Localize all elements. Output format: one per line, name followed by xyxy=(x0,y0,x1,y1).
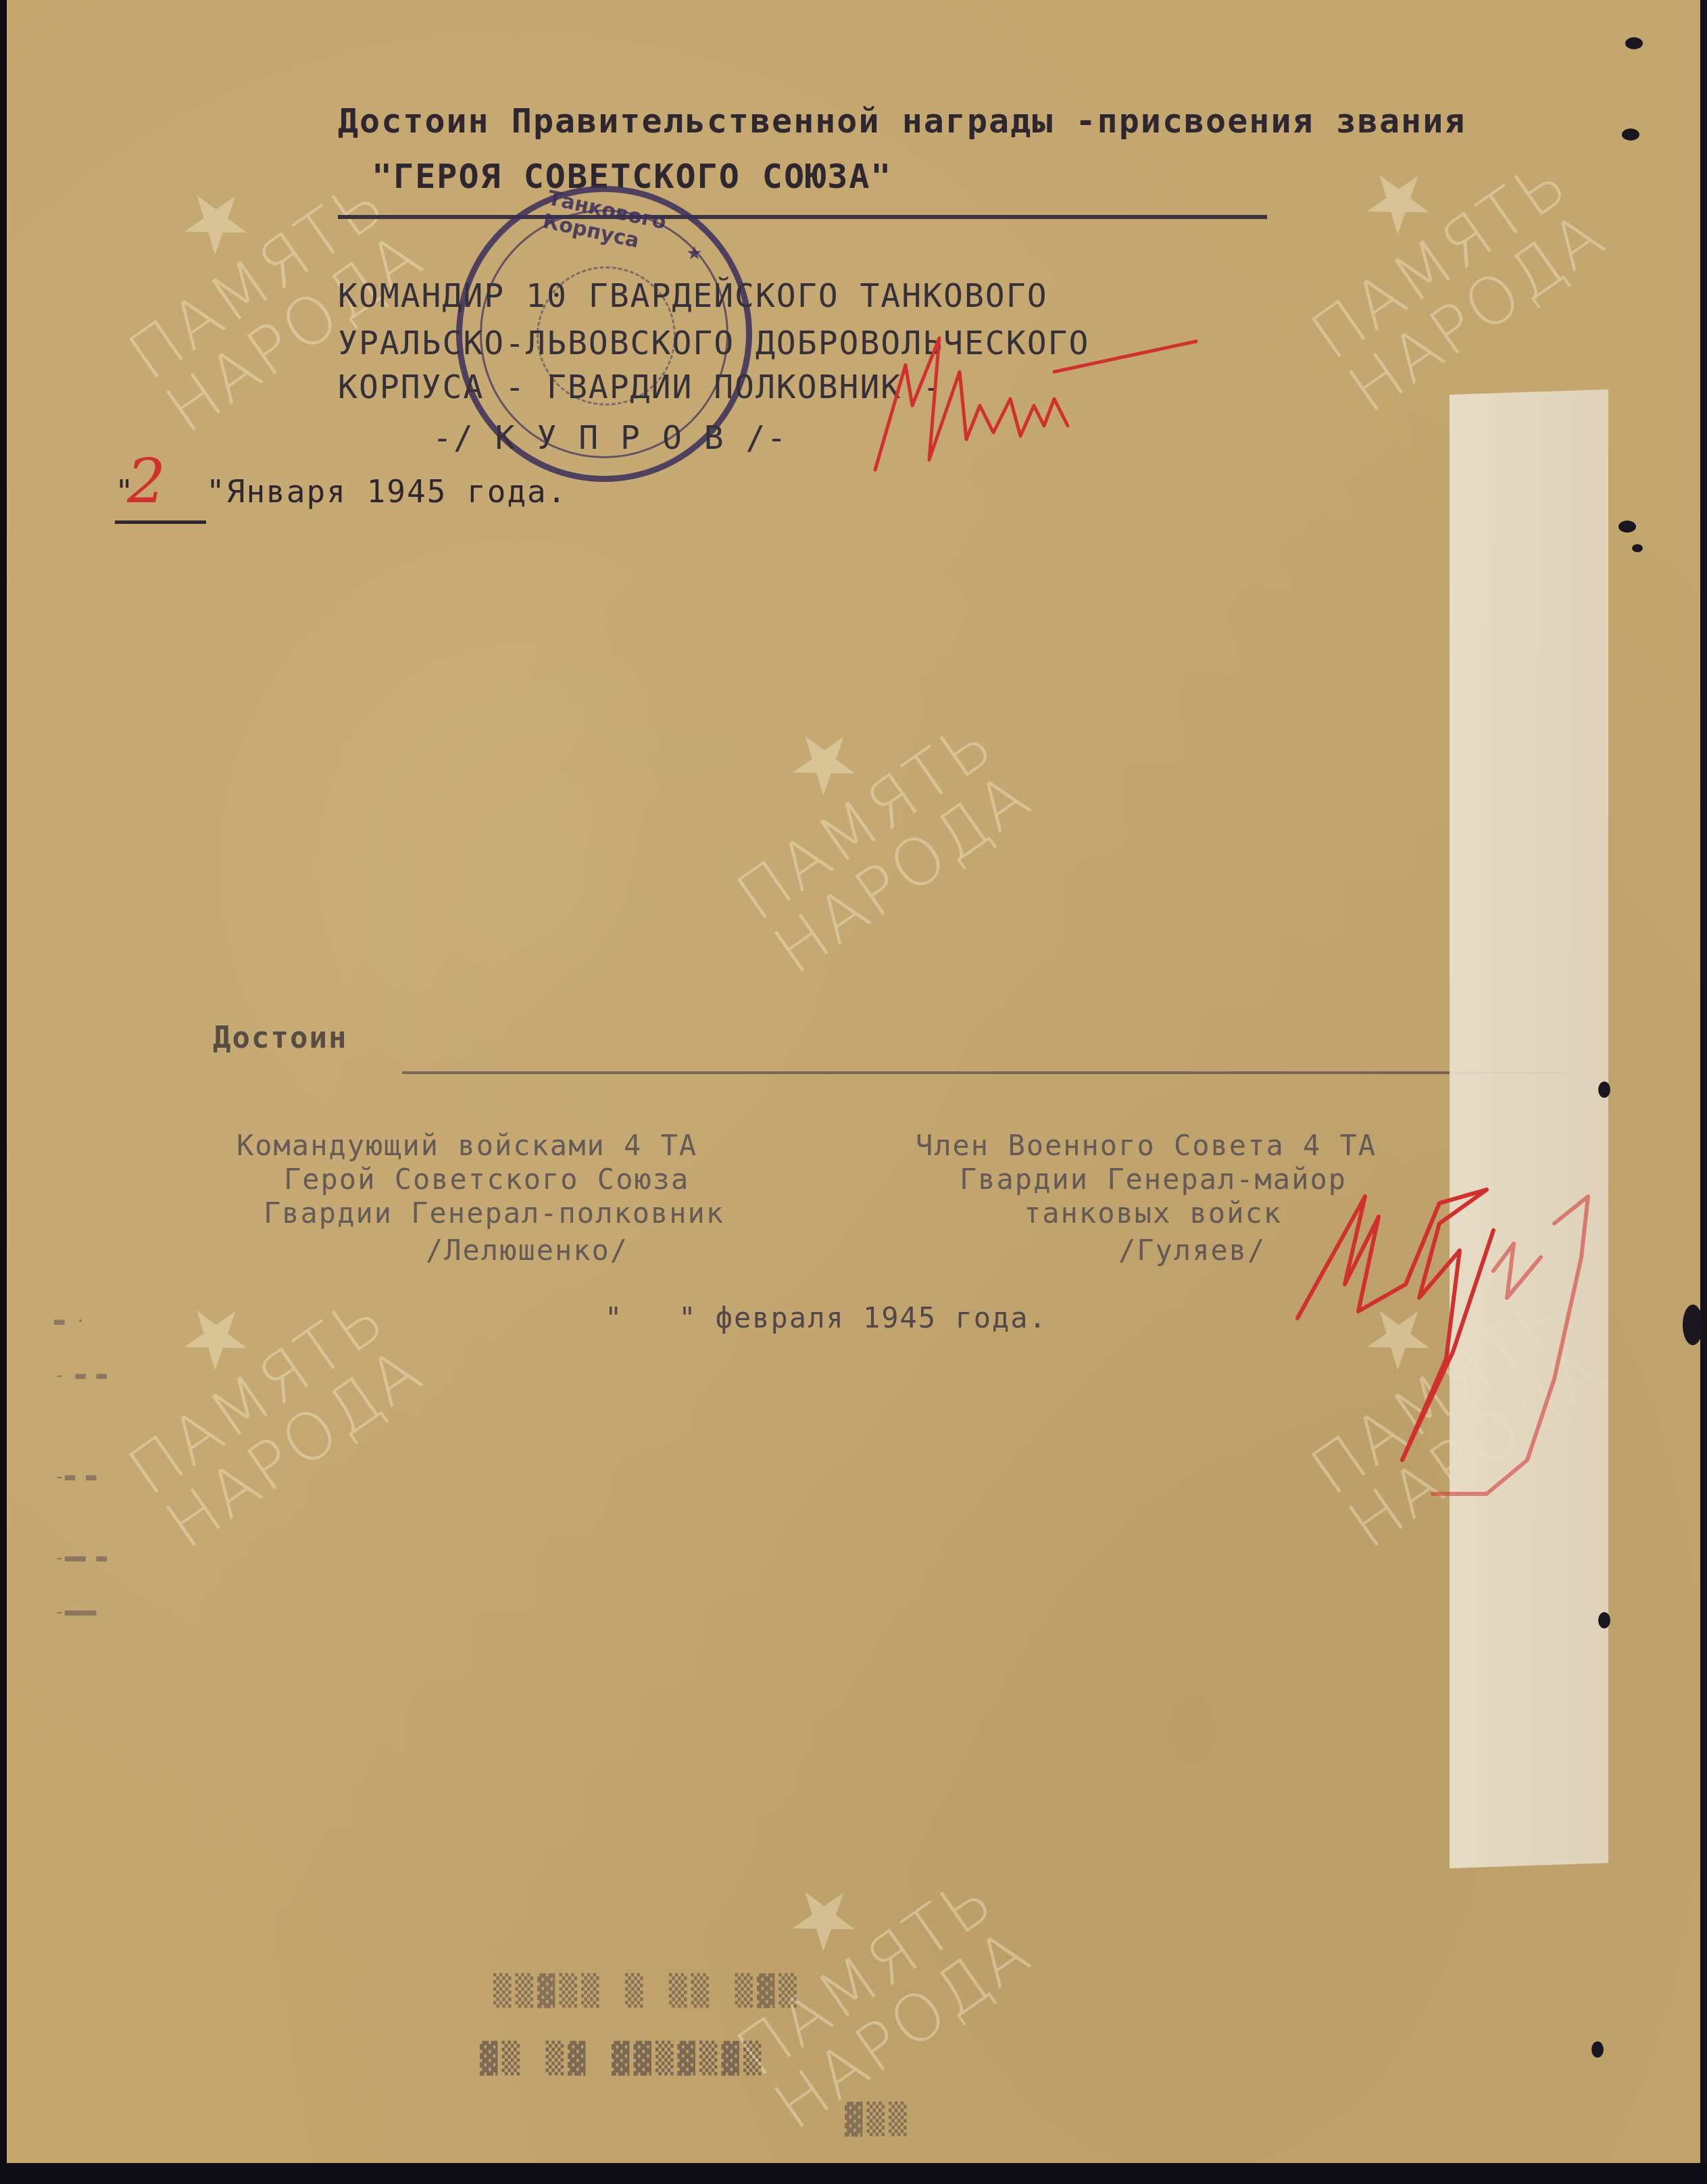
bleed-through-mark: -▬▬ ▬ xyxy=(54,1548,107,1568)
bleed-through-text: ▒▒▓▒▒ ▒ ▒▒ ▒▓▒ xyxy=(493,1974,801,2008)
day-underline xyxy=(115,520,206,524)
punch-hole xyxy=(1618,520,1636,533)
commander-title-line3: КОРПУСА - ГВАРДИИ ПОЛКОВНИК - xyxy=(338,368,943,406)
right-signatory-line1: Член Военного Совета 4 ТА xyxy=(916,1129,1377,1162)
bleed-through-mark: -▬▬▬ xyxy=(54,1602,97,1622)
left-signatory-line2: Герой Советского Союза xyxy=(284,1163,689,1196)
commander-signature xyxy=(865,324,1210,487)
bleed-through-mark: - ▬ ▬ xyxy=(54,1365,107,1386)
punch-hole xyxy=(1598,1612,1610,1628)
star-icon: ★ xyxy=(687,236,702,266)
second-verdict-heading: Достоин xyxy=(213,1021,347,1055)
member-signature xyxy=(1284,1176,1608,1514)
bleed-through-text: ▓▒▒ xyxy=(845,2102,910,2137)
punch-hole xyxy=(1622,128,1639,141)
second-date: " " февраля 1945 года. xyxy=(605,1301,1047,1334)
edge-tear xyxy=(1683,1305,1703,1345)
watermark: ★ ПАМЯТЬ НАРОДА xyxy=(77,1225,434,1559)
watermark: ★ ПАМЯТЬ НАРОДА xyxy=(685,650,1042,984)
punch-hole xyxy=(1591,2041,1604,2058)
punch-hole xyxy=(1598,1082,1610,1098)
watermark: ★ ПАМЯТЬ НАРОДА xyxy=(685,1806,1042,2140)
commander-title-line1: КОМАНДИР 10 ГВАРДЕЙСКОГО ТАНКОВОГО xyxy=(338,277,1048,315)
verdict-line xyxy=(402,1071,1564,1074)
award-header: Достоин Правительственной награды -присв… xyxy=(338,101,1466,141)
bleed-through-mark: ▬ · xyxy=(54,1311,86,1332)
date-open-quote: " xyxy=(115,473,135,510)
punch-hole xyxy=(1625,37,1643,49)
left-signatory-line3: Гвардии Генерал-полковник xyxy=(264,1196,724,1230)
date-text: "Января 1945 года. xyxy=(206,473,568,510)
adhesive-tape-strip xyxy=(1450,389,1608,1868)
bleed-through-text: ▓▒ ▒▓ ▓▓▒▓▒▓▒ xyxy=(480,2041,765,2076)
stamp-text: Танкового Корпуса xyxy=(541,187,749,275)
right-signatory-line3: танковых войск xyxy=(1024,1196,1282,1230)
left-signatory-line1: Командующий войсками 4 ТА xyxy=(237,1129,697,1162)
document-page: ★ ПАМЯТЬ НАРОДА ★ ПАМЯТЬ НАРОДА ★ ПАМЯТЬ… xyxy=(7,0,1707,2163)
punch-hole xyxy=(1632,544,1643,552)
header-divider xyxy=(338,215,1267,219)
right-signatory-name: /Гуляев/ xyxy=(1118,1234,1266,1267)
left-signatory-name: /Лелюшенко/ xyxy=(426,1234,628,1267)
commander-name: -/ К У П Р О В /- xyxy=(432,419,787,457)
bleed-through-mark: -▬ ▬ xyxy=(54,1467,97,1487)
